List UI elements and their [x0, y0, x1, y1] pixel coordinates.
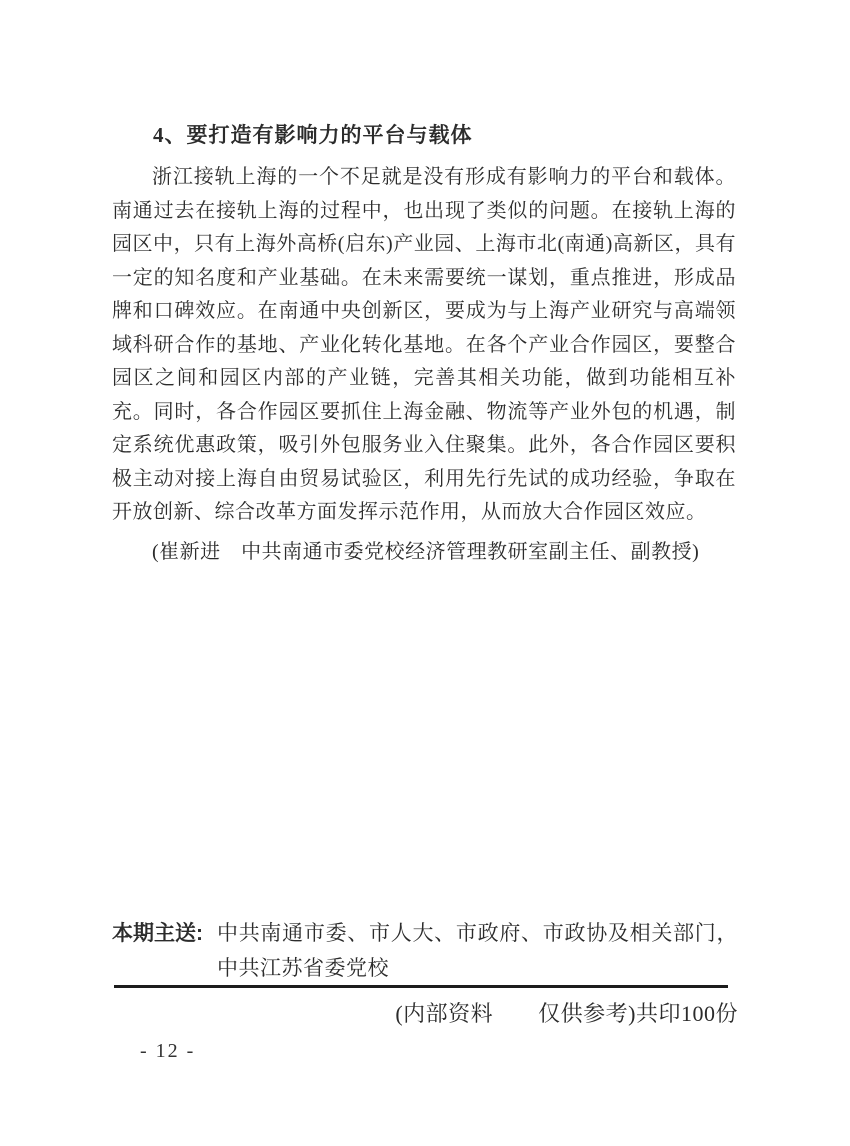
author-attribution: (崔新进 中共南通市委党校经济管理教研室副主任、副教授) [112, 536, 736, 570]
print-run-note: (内部资料 仅供参考)共印100份 [112, 997, 738, 1031]
section-heading: 4、要打造有影响力的平台与载体 [112, 118, 736, 152]
body-paragraph: 浙江接轨上海的一个不足就是没有形成有影响力的平台和载体。南通过去在接轨上海的过程… [112, 161, 736, 530]
distribution-line: 本期主送: 中共南通市委、市人大、市政府、市政协及相关部门，中共江苏省委党校 [112, 916, 738, 986]
distribution-recipients: 中共南通市委、市人大、市政府、市政协及相关部门，中共江苏省委党校 [217, 916, 738, 986]
footer-rule [114, 985, 728, 988]
main-text-block: 4、要打造有影响力的平台与载体 浙江接轨上海的一个不足就是没有形成有影响力的平台… [112, 118, 736, 569]
distribution-label: 本期主送: [112, 916, 217, 951]
document-page: 4、要打造有影响力的平台与载体 浙江接轨上海的一个不足就是没有形成有影响力的平台… [0, 0, 850, 1146]
page-number: - 12 - [140, 1038, 195, 1064]
